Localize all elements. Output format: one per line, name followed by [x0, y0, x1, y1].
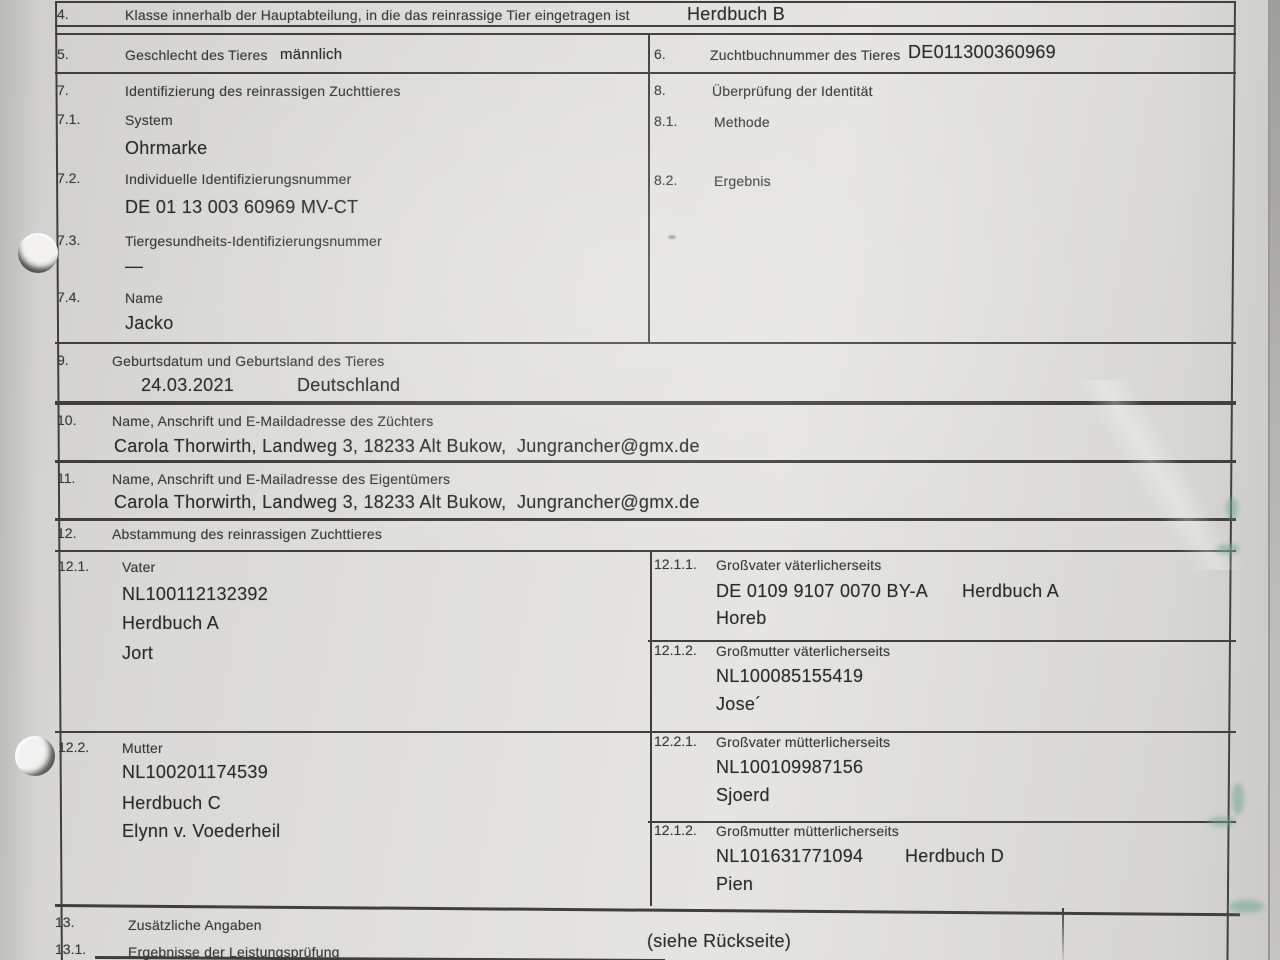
- field-7-3-value: —: [125, 256, 143, 277]
- field-12-2-2-name: Pien: [716, 874, 753, 895]
- field-12-1-id: NL100112132392: [122, 584, 268, 605]
- field-7-3-label: Tiergesundheits-Identifizierungsnummer: [125, 233, 382, 249]
- field-11-number: 11.: [57, 470, 75, 486]
- field-13-1-label: Ergebnisse der Leistungsprüfung: [128, 944, 340, 960]
- field-12-2-1-name: Sjoerd: [716, 785, 770, 806]
- scanned-pedigree-certificate: 4. Klasse innerhalb der Hauptabteilung, …: [0, 0, 1280, 960]
- table-line: [55, 460, 1236, 463]
- field-9-number: 9.: [57, 352, 69, 368]
- table-line: [55, 731, 1236, 733]
- highlighter-mark: [1216, 544, 1240, 554]
- table-line: [55, 401, 1236, 405]
- field-5-value: männlich: [280, 46, 342, 63]
- field-6-number: 6.: [654, 46, 666, 62]
- field-12-2-herdbook: Herdbuch C: [122, 793, 221, 814]
- field-6-value: DE011300360969: [908, 42, 1056, 63]
- field-11-value: Carola Thorwirth, Landweg 3, 18233 Alt B…: [114, 492, 700, 513]
- table-line: [55, 550, 1236, 552]
- field-8-2-label: Ergebnis: [714, 173, 771, 189]
- table-divider: [648, 33, 650, 342]
- field-9-date: 24.03.2021: [141, 375, 234, 396]
- table-line: [55, 72, 1236, 74]
- table-line: [1062, 908, 1064, 960]
- field-7-label: Identifizierung des reinrassigen Zuchtti…: [125, 83, 401, 99]
- field-12-1-number: 12.1.: [58, 558, 89, 574]
- table-line: [55, 342, 1236, 344]
- field-12-2-id: NL100201174539: [122, 762, 268, 783]
- field-8-number: 8.: [654, 82, 666, 98]
- field-5-number: 5.: [57, 46, 69, 62]
- field-5-label: Geschlecht des Tieres: [125, 47, 268, 63]
- highlighter-mark: [1226, 497, 1238, 519]
- field-7-1-label: System: [125, 112, 173, 128]
- field-11-label: Name, Anschrift und E-Mailadresse des Ei…: [112, 471, 450, 487]
- highlighter-mark: [1208, 817, 1236, 826]
- field-6-label: Zuchtbuchnummer des Tieres: [710, 47, 900, 63]
- field-10-number: 10.: [57, 412, 76, 428]
- field-12-2-2-herdbook: Herdbuch D: [905, 846, 1004, 867]
- table-line: [648, 640, 1236, 642]
- highlighter-mark: [1228, 900, 1264, 913]
- field-13-label: Zusätzliche Angaben: [128, 917, 262, 933]
- field-12-2-1-label: Großvater mütterlicherseits: [716, 734, 890, 750]
- paper-crease: [1040, 380, 1280, 570]
- field-7-2-number: 7.2.: [57, 170, 80, 186]
- field-7-number: 7.: [57, 82, 69, 98]
- table-line: [55, 518, 1236, 521]
- field-12-number: 12.: [57, 525, 76, 541]
- field-8-2-number: 8.2.: [654, 172, 677, 188]
- table-divider: [650, 550, 652, 906]
- field-13-1-value: (siehe Rückseite): [647, 931, 791, 952]
- field-12-1-1-id: DE 0109 9107 0070 BY-A: [716, 581, 928, 602]
- field-4-number: 4.: [57, 6, 69, 22]
- table-line: [55, 33, 1236, 35]
- field-12-2-2-label: Großmutter mütterlicherseits: [716, 823, 899, 839]
- field-12-1-1-name: Horeb: [716, 608, 767, 629]
- table-border-right: [1226, 1, 1236, 960]
- field-12-2-1-id: NL100109987156: [716, 757, 863, 778]
- field-9-label: Geburtsdatum und Geburtsland des Tieres: [112, 353, 384, 369]
- field-12-1-herdbook: Herdbuch A: [122, 613, 219, 634]
- field-10-label: Name, Anschrift und E-Maildadresse des Z…: [112, 413, 433, 429]
- dust-speck: [668, 235, 676, 239]
- field-4-label: Klasse innerhalb der Hauptabteilung, in …: [125, 7, 630, 23]
- field-12-2-1-number: 12.2.1.: [654, 733, 697, 749]
- field-7-2-value: DE 01 13 003 60969 MV-CT: [125, 197, 358, 218]
- photo-edge: [1270, 0, 1280, 960]
- field-8-label: Überprüfung der Identität: [712, 83, 873, 99]
- field-12-2-name: Elynn v. Voederheil: [122, 821, 280, 842]
- field-12-label: Abstammung des reinrassigen Zuchttieres: [112, 526, 382, 542]
- field-12-1-name: Jort: [122, 643, 153, 664]
- field-12-1-2-label: Großmutter väterlicherseits: [716, 643, 890, 659]
- field-7-4-value: Jacko: [125, 313, 174, 334]
- field-10-value: Carola Thorwirth, Landweg 3, 18233 Alt B…: [114, 436, 700, 457]
- field-12-1-label: Vater: [122, 559, 155, 575]
- field-12-2-number: 12.2.: [58, 739, 89, 755]
- field-12-1-1-number: 12.1.1.: [654, 556, 697, 572]
- field-7-1-value: Ohrmarke: [125, 138, 207, 159]
- field-12-2-2-number: 12.1.2.: [654, 822, 697, 838]
- field-12-1-2-number: 12.1.2.: [654, 642, 697, 658]
- table-line: [55, 1, 1236, 3]
- highlighter-mark: [1232, 783, 1244, 815]
- field-9-country: Deutschland: [297, 375, 400, 396]
- field-13-number: 13.: [55, 914, 74, 930]
- field-12-1-2-name: Jose´: [716, 694, 762, 715]
- field-8-1-label: Methode: [714, 114, 770, 130]
- field-8-1-number: 8.1.: [654, 113, 677, 129]
- field-12-2-label: Mutter: [122, 740, 163, 756]
- punch-hole-icon: [15, 736, 55, 776]
- field-12-1-2-id: NL100085155419: [716, 666, 863, 687]
- field-7-2-label: Individuelle Identifizierungsnummer: [125, 171, 351, 187]
- field-4-value: Herdbuch B: [687, 4, 785, 25]
- field-12-2-2-id: NL101631771094: [716, 846, 863, 867]
- punch-hole-icon: [18, 233, 58, 273]
- field-7-1-number: 7.1.: [57, 111, 80, 127]
- table-line: [55, 25, 1235, 27]
- field-7-3-number: 7.3.: [57, 232, 80, 248]
- field-7-4-label: Name: [125, 290, 163, 306]
- field-7-4-number: 7.4.: [57, 289, 80, 305]
- field-12-1-1-herdbook: Herdbuch A: [962, 581, 1059, 602]
- field-12-1-1-label: Großvater väterlicherseits: [716, 557, 881, 573]
- field-13-1-number: 13.1.: [55, 941, 86, 957]
